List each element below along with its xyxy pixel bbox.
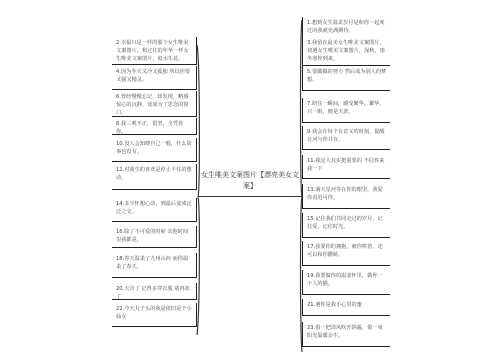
topic-node-14[interactable]: 14.多少怀想心动，到最后变成泛泛之交。 [112, 198, 197, 222]
central-topic-text: 女生唯美文案图片【漂亮美女文案】 [201, 171, 299, 190]
topic-text: 13.满天星河等在你的眼里，我爱你看迟可待。 [307, 187, 383, 201]
topic-node-3[interactable]: 3.我留在最美女生唯美文案图片，初遇女生唯美文案图片，深秋，雨冬寒你到来。 [302, 37, 390, 66]
topic-node-17[interactable]: 17.我要你的拥抱，被你哄着，还可以和你撒娇。 [302, 241, 390, 266]
topic-node-2[interactable]: 2.幸福只是一样的那个女生唯美文案图片，和过往的年华一样女生唯美文案图片，似水生… [112, 37, 197, 65]
topic-node-15[interactable]: 15.记住我们共同走过的岁月，记住爱，记住时光。 [302, 213, 390, 238]
mind-map: 2.幸福只是一样的那个女生唯美文案图片，和过往的年华一样女生唯美文案图片，似水生… [0, 0, 500, 360]
topic-node-12[interactable]: 12.对我生的喜欢是停止不住的想动。 [112, 164, 197, 190]
topic-text: 19.我要做你的温柔怀里，做你一个人的猫。 [307, 273, 383, 287]
topic-node-7[interactable]: 7.陪住一瞬间，感受繁华，繁华，只一眼，便是天涯。 [302, 98, 390, 123]
topic-node-5[interactable]: 5.要做做的努力 然后成为别人的梦想。 [302, 66, 390, 91]
topic-node-21[interactable]: 21.遇你是我手心里的蜜 [302, 299, 390, 316]
topic-text: 4.因为冬天又冷又孤独 所以你要又强又精灵。 [116, 69, 190, 83]
topic-node-19[interactable]: 19.我要做你的温柔怀里，做你一个人的猫。 [302, 270, 390, 295]
topic-node-22[interactable]: 22.今天丸子头的我是依旧是个小仙女 [112, 303, 197, 327]
topic-node-9[interactable]: 9.我会在每个有意义的时刻，提醒让河与你共存。 [302, 126, 390, 150]
topic-node-11[interactable]: 11.我这人其实挺重要的 不信你来我一下 [302, 155, 390, 179]
topic-text: 12.对我生的喜欢是停止不住的想动。 [116, 167, 192, 181]
topic-text: 15.记住我们共同走过的岁月，记住爱，记住时光。 [307, 216, 383, 230]
topic-node-16[interactable]: 16.除了不可爱的时候 其他时间里我都是。 [112, 226, 197, 248]
topic-text: 22.今天丸子头的我是依旧是个小仙女 [116, 306, 192, 320]
topic-node-18[interactable]: 18.春天温柔了九州山河 而你温柔了春天。 [112, 253, 197, 278]
topic-node-1[interactable]: 1.想到女生温柔岁月是和你一起度过的我就充满期待。 [302, 17, 390, 38]
topic-text: 6.曾经慢慢忘记，却发现，略感惊心的沉静，竟成为了思念的窗口。 [116, 94, 189, 116]
topic-node-23[interactable]: 23.借一把清风吹开阴霾，借一束阳光温暖余生。 [302, 322, 390, 347]
topic-text: 8.我三观不正，很坚，全凭着你。 [116, 121, 183, 135]
topic-text: 17.我要你的拥抱，被你哄着，还可以和你撒娇。 [307, 244, 383, 258]
topic-node-20[interactable]: 20.天冷了 记得多穿衣服 别再冻了 [112, 283, 197, 300]
topic-text: 16.除了不可爱的时候 其他时间里我都是。 [116, 229, 188, 243]
topic-text: 11.我这人其实挺重要的 不信你来我一下 [307, 158, 384, 172]
topic-node-6[interactable]: 6.曾经慢慢忘记，却发现，略感惊心的沉静，竟成为了思念的窗口。 [112, 91, 197, 117]
topic-text: 9.我会在每个有意义的时刻，提醒让河与你共存。 [307, 129, 385, 143]
topic-text: 1.想到女生温柔岁月是和你一起度过的我就充满期待。 [307, 20, 385, 34]
central-topic[interactable]: 女生唯美文案图片【漂亮美女文案】 [198, 167, 302, 197]
topic-text: 18.春天温柔了九州山河 而你温柔了春天。 [116, 256, 188, 270]
topic-text: 14.多少怀想心动，到最后变成泛泛之交。 [116, 201, 192, 215]
topic-node-10[interactable]: 10.没人会知晓自己一般，什么故事也没有。 [112, 138, 197, 162]
topic-text: 5.要做做的努力 然后成为别人的梦想。 [307, 69, 386, 83]
topic-text: 7.陪住一瞬间，感受繁华，繁华，只一眼，便是天涯。 [307, 101, 385, 115]
topic-text: 21.遇你是我手心里的蜜 [307, 302, 362, 308]
topic-text: 10.没人会知晓自己一般，什么故事也没有。 [116, 141, 192, 155]
topic-text: 3.我留在最美女生唯美文案图片，初遇女生唯美文案图片，深秋，雨冬寒你到来。 [307, 40, 385, 62]
topic-node-4[interactable]: 4.因为冬天又冷又孤独 所以你要又强又精灵。 [112, 66, 197, 90]
topic-text: 20.天冷了 记得多穿衣服 别再冻了 [116, 286, 190, 300]
topic-text: 2.幸福只是一样的那个女生唯美文案图片，和过往的年华一样女生唯美文案图片，似水生… [116, 40, 189, 62]
topic-text: 23.借一把清风吹开阴霾，借一束阳光温暖余生。 [307, 325, 383, 339]
topic-node-8[interactable]: 8.我三观不正，很坚，全凭着你。 [112, 118, 197, 135]
topic-node-13[interactable]: 13.满天星河等在你的眼里，我爱你看迟可待。 [302, 184, 390, 209]
